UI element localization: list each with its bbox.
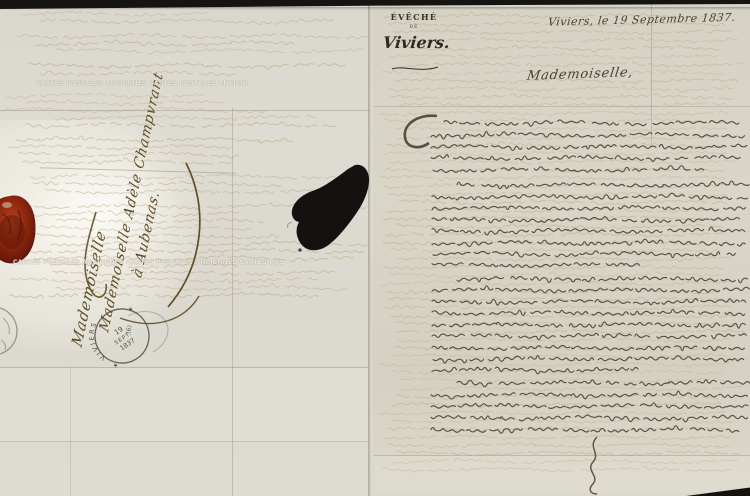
black-ink-blot (288, 165, 370, 252)
watermark-band: CARTES POSTALES ANCIENNES CARTES POSTALE… (36, 80, 248, 87)
printed-letterhead: ÉVÊCHÉ DE Viviers. (383, 12, 445, 52)
letterhead-title: ÉVÊCHÉ (383, 12, 445, 22)
partial-postmark-left-edge (0, 307, 17, 355)
watermark-band: CARTES POSTALES ANCIENNES CARTES POSTALE… (13, 259, 283, 266)
initial-letter-flourish (405, 116, 437, 147)
red-wax-seal (0, 196, 35, 264)
scanned-letter-photo: VIVIERS ★ ★ 19 SEPT. 1837 (6) ÉVÊCHÉ (0, 0, 750, 496)
closing-squiggle (590, 437, 597, 494)
letterhead-subtitle: DE (383, 25, 445, 30)
letterhead-flourish (392, 67, 438, 69)
letterhead-place: Viviers. (382, 33, 446, 52)
